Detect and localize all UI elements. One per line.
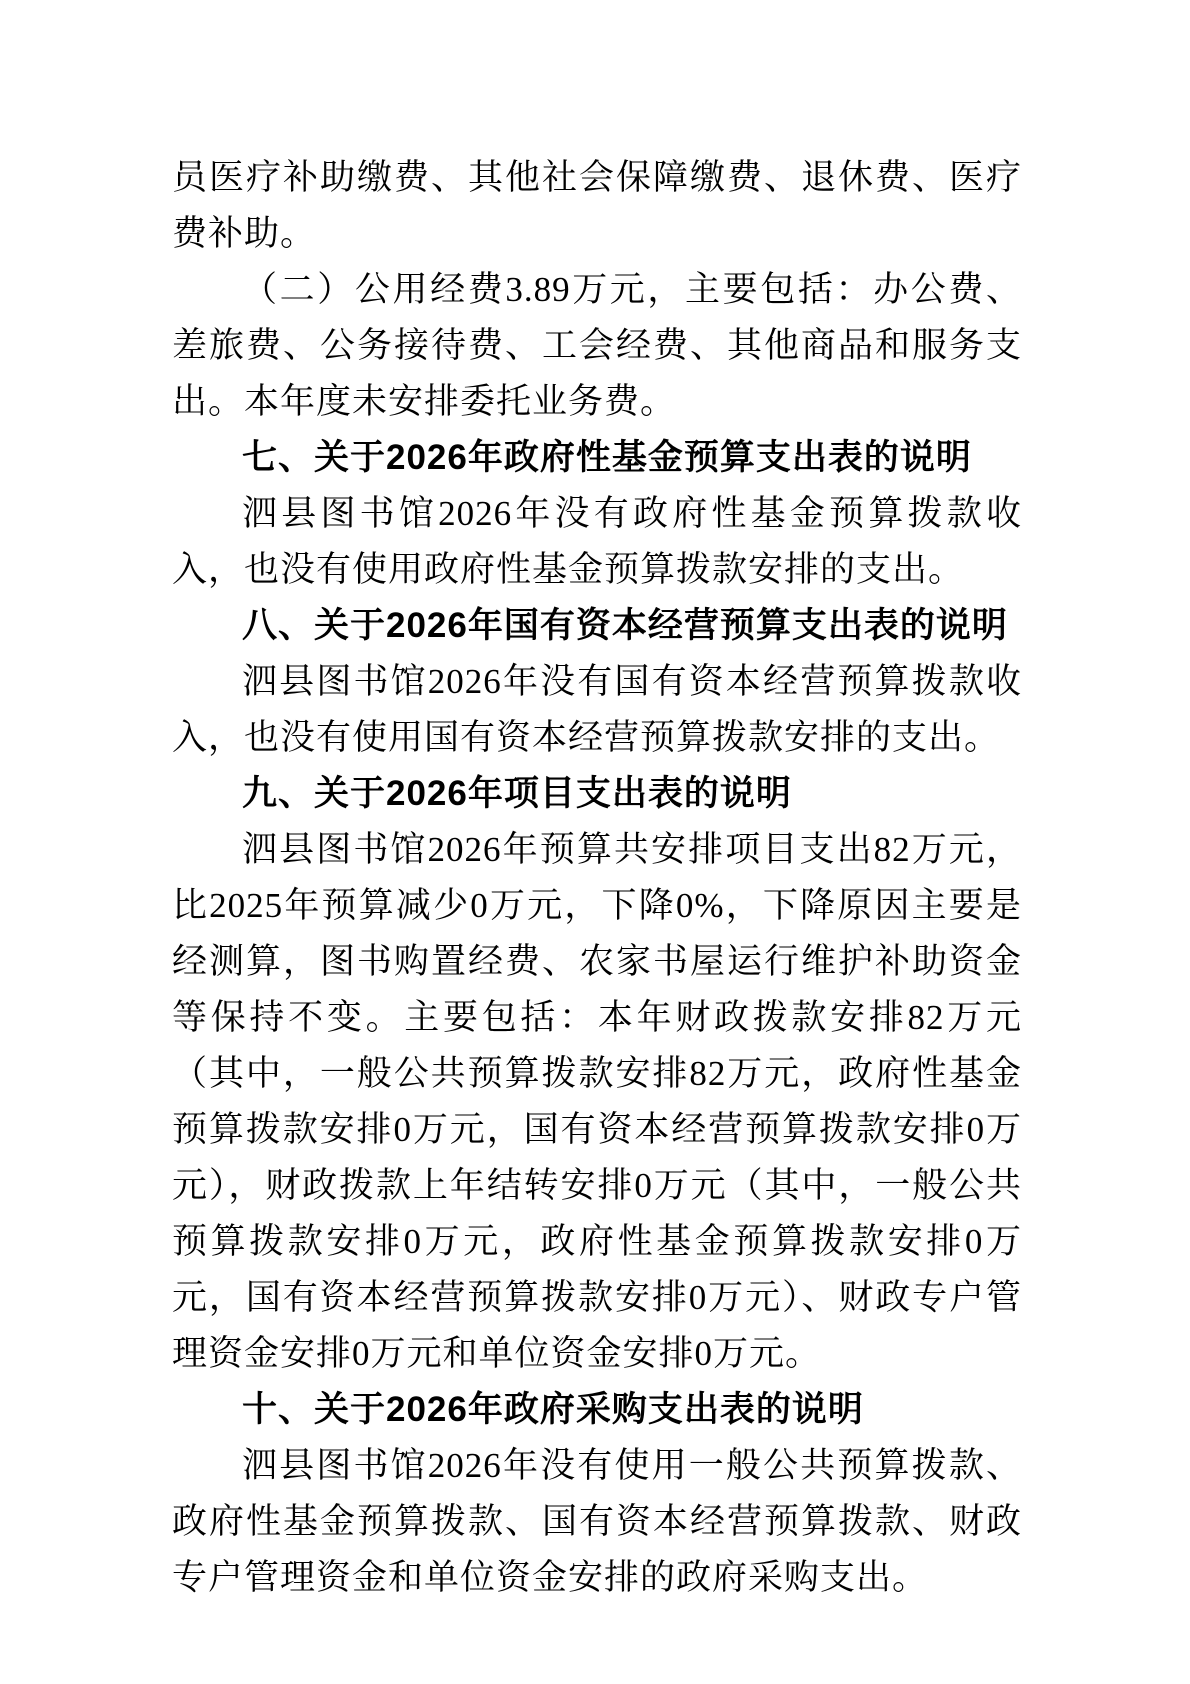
paragraph-section-10-government-procurement: 泗县图书馆2026年没有使用一般公共预算拨款、政府性基金预算拨款、国有资本经营预… — [172, 1438, 1022, 1606]
paragraph-section-9-project-expenditure: 泗县图书馆2026年预算共安排项目支出82万元，比2025年预算减少0万元，下降… — [172, 822, 1022, 1382]
paragraph-section-7-government-fund-budget: 泗县图书馆2026年没有政府性基金预算拨款收入，也没有使用政府性基金预算拨款安排… — [172, 486, 1022, 598]
heading-section-9-project-expenditure: 九、关于2026年项目支出表的说明 — [172, 766, 1022, 822]
document-page: 员医疗补助缴费、其他社会保障缴费、退休费、医疗费补助。 （二）公用经费3.89万… — [0, 0, 1190, 1684]
paragraph-section-8-state-capital-budget: 泗县图书馆2026年没有国有资本经营预算拨款收入，也没有使用国有资本经营预算拨款… — [172, 654, 1022, 766]
paragraph-public-operating-expenses: （二）公用经费3.89万元，主要包括：办公费、差旅费、公务接待费、工会经费、其他… — [172, 262, 1022, 430]
heading-section-7-government-fund-budget: 七、关于2026年政府性基金预算支出表的说明 — [172, 430, 1022, 486]
heading-section-10-government-procurement: 十、关于2026年政府采购支出表的说明 — [172, 1382, 1022, 1438]
heading-section-8-state-capital-budget: 八、关于2026年国有资本经营预算支出表的说明 — [172, 598, 1022, 654]
paragraph-continuation-social-security: 员医疗补助缴费、其他社会保障缴费、退休费、医疗费补助。 — [172, 150, 1022, 262]
